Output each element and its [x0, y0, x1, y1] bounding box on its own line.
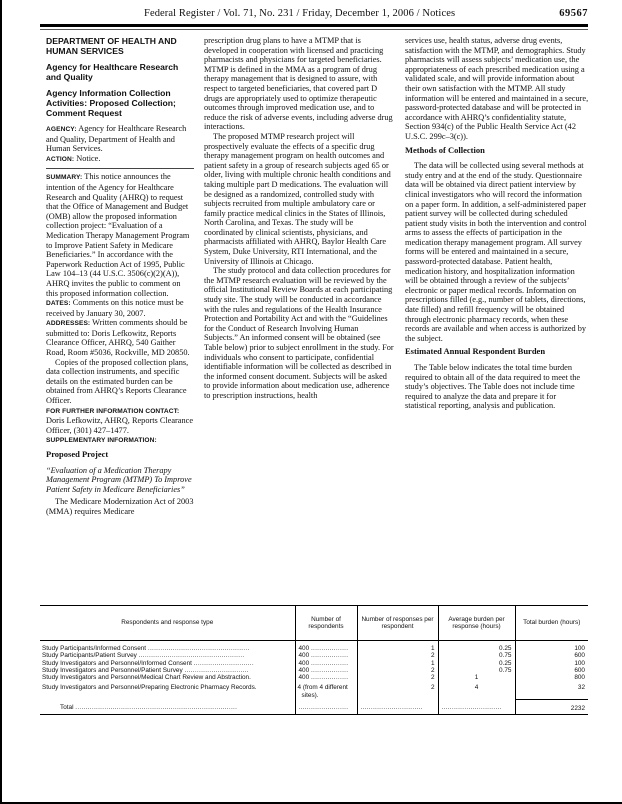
- department-heading: DEPARTMENT OF HEALTH AND HUMAN SERVICES: [46, 36, 194, 56]
- cell-type: Study Investigators and Personnel/Inform…: [40, 660, 295, 667]
- cell-avg-burden: 1: [438, 674, 515, 681]
- cell-responses: 1: [357, 660, 438, 667]
- table-header-row: Respondents and response type Number of …: [40, 606, 588, 641]
- agency-paragraph: AGENCY: Agency for Healthcare Research a…: [46, 124, 194, 154]
- burden-paragraph: The Table below indicates the total time…: [405, 363, 589, 411]
- table-row: Study Investigators and Personnel/Prepar…: [40, 681, 588, 699]
- study-protocol-paragraph: The study protocol and data collection p…: [204, 266, 394, 400]
- contact-text: Doris Lefkowitz, AHRQ, Reports Clearance…: [46, 416, 193, 435]
- table-total-row: Total ..................................…: [40, 699, 588, 714]
- cell-responses: 2: [357, 681, 438, 699]
- table-row: Study Investigators and Personnel/Medica…: [40, 674, 588, 681]
- column-2: prescription drug plans to have a MTMP t…: [204, 36, 394, 401]
- copies-paragraph: Copies of the proposed collection plans,…: [46, 358, 194, 406]
- total-label: Total ..................................…: [40, 699, 295, 714]
- burden-heading: Estimated Annual Respondent Burden: [405, 347, 589, 357]
- project-title: “Evaluation of a Medication Therapy Mana…: [46, 466, 194, 495]
- cell-avg-burden: 0.25: [438, 641, 515, 653]
- action-text: Notice.: [76, 154, 100, 163]
- cell-total: 32: [515, 681, 588, 699]
- supplementary-paragraph: SUPPLEMENTARY INFORMATION:: [46, 435, 194, 446]
- summary-paragraph: SUMMARY: This notice announces the inten…: [46, 172, 194, 298]
- header-respondent-type: Respondents and response type: [40, 606, 295, 641]
- cell-respondents: 400 ..................: [295, 674, 357, 681]
- column-1: DEPARTMENT OF HEALTH AND HUMAN SERVICES …: [46, 36, 194, 517]
- table-row: Study Investigators and Personnel/Inform…: [40, 660, 588, 667]
- cell-responses: 1: [357, 641, 438, 653]
- cell-responses: 2: [357, 652, 438, 659]
- header-responses-per-respondent: Number of responses per respondent: [357, 606, 438, 641]
- methods-heading: Methods of Collection: [405, 146, 589, 156]
- proposed-project-heading: Proposed Project: [46, 450, 194, 460]
- contact-paragraph: FOR FURTHER INFORMATION CONTACT:Doris Le…: [46, 406, 194, 436]
- header-rule-thin: [40, 29, 588, 30]
- agency-label: AGENCY:: [46, 126, 77, 133]
- cell-type: Study Participants/Informed Consent ....…: [40, 641, 295, 653]
- cell-type: Study Investigators and Personnel/Medica…: [40, 674, 295, 681]
- data-use-paragraph: services use, health status, adverse dru…: [405, 36, 589, 142]
- addresses-label: ADDRESSES:: [46, 320, 90, 327]
- cell-respondents: 400 ..................: [295, 667, 357, 674]
- addresses-paragraph: ADDRESSES: Written comments should be su…: [46, 318, 194, 357]
- cell-responses: 2: [357, 674, 438, 681]
- total-value: 2232: [515, 699, 588, 714]
- cell-avg-burden: 0.25: [438, 660, 515, 667]
- cell-total: 600: [515, 652, 588, 659]
- cell-responses: 2: [357, 667, 438, 674]
- cell-type: Study Investigators and Personnel/Patien…: [40, 667, 295, 674]
- summary-label: SUMMARY:: [46, 174, 82, 181]
- dates-label: DATES:: [46, 300, 71, 307]
- total-respondents-blank: ........................: [295, 699, 357, 714]
- cell-respondents: 400 ..................: [295, 641, 357, 653]
- cell-respondents: 400 ..................: [295, 660, 357, 667]
- running-title: Federal Register / Vol. 71, No. 231 / Fr…: [144, 8, 455, 19]
- header-total-burden: Total burden (hours): [515, 606, 588, 641]
- mtmp-definition-paragraph: prescription drug plans to have a MTMP t…: [204, 36, 394, 132]
- cell-total: 800: [515, 674, 588, 681]
- contact-label: FOR FURTHER INFORMATION CONTACT:: [46, 408, 179, 415]
- cell-avg-burden: 0.75: [438, 652, 515, 659]
- cell-avg-burden: 4: [438, 681, 515, 699]
- total-avg-blank: .............................: [438, 699, 515, 714]
- mma-paragraph: The Medicare Modernization Act of 2003 (…: [46, 497, 194, 516]
- action-label: ACTION:: [46, 156, 74, 163]
- research-project-paragraph: The proposed MTMP research project will …: [204, 132, 394, 266]
- agency-heading: Agency for Healthcare Research and Quali…: [46, 62, 194, 82]
- burden-table: Respondents and response type Number of …: [40, 605, 588, 715]
- section-divider: [46, 168, 194, 169]
- page-number: 69567: [559, 8, 588, 19]
- table-row: Study Participants/Informed Consent ....…: [40, 641, 588, 653]
- cell-total: 600: [515, 667, 588, 674]
- cell-type: Study Investigators and Personnel/Prepar…: [40, 681, 295, 699]
- supplementary-label: SUPPLEMENTARY INFORMATION:: [46, 437, 157, 444]
- total-responses-blank: ..............................: [357, 699, 438, 714]
- summary-text: This notice announces the intention of t…: [46, 172, 189, 297]
- cell-total: 100: [515, 660, 588, 667]
- cell-type: Study Participants/Patient Survey ......…: [40, 652, 295, 659]
- table-row: Study Investigators and Personnel/Patien…: [40, 667, 588, 674]
- dates-paragraph: DATES: Comments on this notice must be r…: [46, 298, 194, 318]
- cell-avg-burden: 0.75: [438, 667, 515, 674]
- action-paragraph: ACTION: Notice.: [46, 154, 194, 165]
- subject-heading: Agency Information Collection Activities…: [46, 88, 194, 118]
- cell-total: 100: [515, 641, 588, 653]
- header-rule-thick: [40, 24, 588, 27]
- header-average-burden: Average burden per response (hours): [438, 606, 515, 641]
- table-row: Study Participants/Patient Survey ......…: [40, 652, 588, 659]
- methods-paragraph: The data will be collected using several…: [405, 161, 589, 343]
- header-number-respondents: Number of respondents: [295, 606, 357, 641]
- cell-respondents: 4 (from 4 different sites).: [295, 681, 357, 699]
- column-3: services use, health status, adverse dru…: [405, 36, 589, 411]
- cell-respondents: 400 ..................: [295, 652, 357, 659]
